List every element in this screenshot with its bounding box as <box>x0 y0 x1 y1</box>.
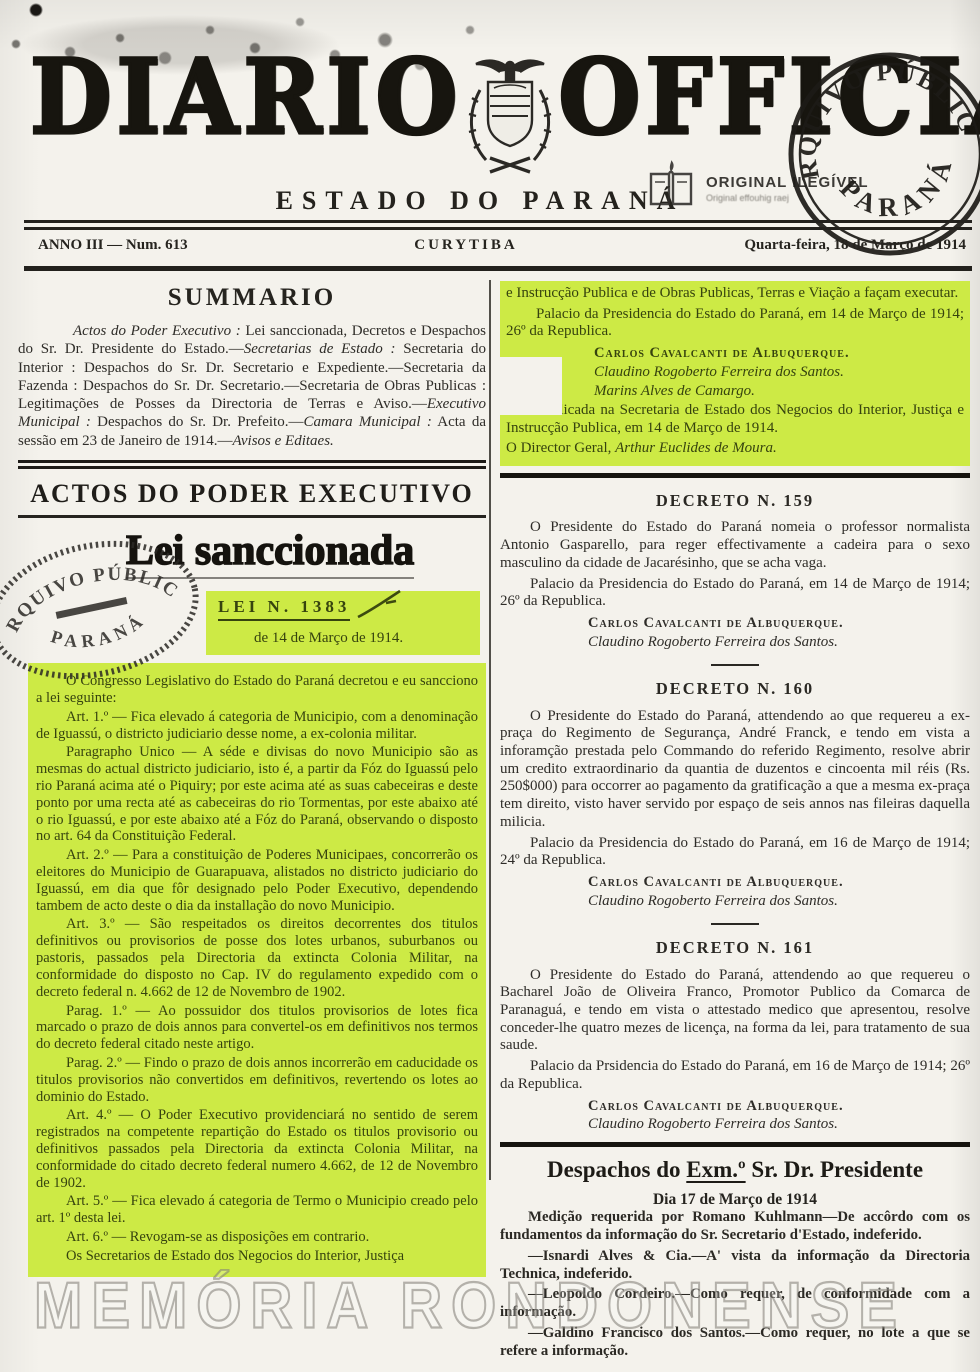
palace-line: Palacio da Presidencia do Estado do Para… <box>506 306 964 341</box>
despachos-date: Dia 17 de Março de 1914 <box>500 1191 970 1209</box>
open-book-icon <box>646 160 696 217</box>
law-body-highlighted: O Congresso Legislativo do Estado do Par… <box>28 663 486 1277</box>
law-paragraph: Art. 6.º — Revogam-se as disposições em … <box>36 1229 478 1246</box>
handwritten-checkmark-icon <box>356 589 402 624</box>
dateline: ANNO III — Num. 613 CURYTIBA Quarta-feir… <box>38 237 966 254</box>
summary-body: Actos do Poder Executivo : Lei sancciona… <box>18 322 486 450</box>
signature: Carlos Cavalcanti de Albuquerque. <box>588 873 970 892</box>
header-thick-rule <box>24 266 972 271</box>
decreto-divider <box>711 923 759 925</box>
law-number: LEI N. 1383 <box>218 597 350 621</box>
section-rule <box>500 473 970 478</box>
despacho-entry: —Leopoldo Cordeiro.—Como requer, de conf… <box>500 1286 970 1322</box>
decreto-159: DECRETO N. 159 O Presidente do Estado do… <box>500 491 970 652</box>
issue-date: Quarta-feira, 18 de Março de 1914 <box>744 237 966 254</box>
law-paragraph: Parag. 2.º — Findo o prazo de dois annos… <box>36 1055 478 1105</box>
law-paragraph: Os Secretarios de Estado dos Negocios do… <box>36 1248 478 1265</box>
law-continuation-highlighted: e Instrucção Publica e de Obras Publicas… <box>500 281 970 466</box>
city-name: CURYTIBA <box>414 237 517 254</box>
despacho-entry: Medição requerida por Romano Kuhlmann—De… <box>500 1209 970 1245</box>
law-paragraph: Art. 2.º — Para a constituição de Podere… <box>36 847 478 914</box>
decreto-body: O Presidente do Estado do Paraná, attend… <box>500 708 970 832</box>
palace-line: Palacio da Presidencia do Estado do Para… <box>500 576 970 611</box>
law-number-block: LEI N. 1383 de 14 de Março de 1914. <box>206 591 480 655</box>
highlight-gap <box>500 357 562 415</box>
summary-bottom-rule <box>18 460 486 469</box>
header-double-rule <box>24 220 972 230</box>
palace-line: Palacio da Prsidencia do Estado do Paran… <box>500 1058 970 1093</box>
masthead-title-left: DIARIO <box>30 46 462 149</box>
section-header-rule <box>18 515 486 518</box>
summary-title: SUMMARIO <box>18 284 486 312</box>
signature: Marins Alves de Camargo. <box>594 382 964 402</box>
signature: Carlos Cavalcanti de Albuquerque. <box>588 1097 970 1116</box>
signature: Carlos Cavalcanti de Albuquerque. <box>588 614 970 633</box>
parana-coat-of-arms-icon <box>462 54 558 193</box>
signatures: Carlos Cavalcanti de Albuquerque. Claudi… <box>594 344 964 402</box>
law-paragraph: Art. 5.º — Fica elevado á categoria de T… <box>36 1193 478 1227</box>
despacho-entry: —Galdino Francisco dos Santos.—Como requ… <box>500 1325 970 1361</box>
right-column: e Instrucção Publica e de Obras Publicas… <box>500 281 970 1360</box>
column-divider-rule <box>489 280 491 1180</box>
law-paragraph: Art. 3.º — São respeitados os direitos d… <box>36 916 478 1000</box>
publication-note: Publicada na Secretaria de Estado dos Ne… <box>506 402 964 437</box>
decreto-divider <box>711 664 759 666</box>
signatures: Carlos Cavalcanti de Albuquerque. Claudi… <box>588 1097 970 1135</box>
despachos-section: Despachos do Exm.º Sr. Dr. Presidente Di… <box>500 1156 970 1360</box>
law-continuation-text: e Instrucção Publica e de Obras Publicas… <box>506 285 964 303</box>
palace-line: Palacio da Presidencia do Estado do Para… <box>500 835 970 870</box>
law-paragraph: Paragrapho Unico — A séde e divisas do n… <box>36 744 478 845</box>
section-header: ACTOS DO PODER EXECUTIVO <box>18 479 486 509</box>
signature: Claudino Rogoberto Ferreira dos Santos. <box>588 892 970 912</box>
decreto-body: O Presidente do Estado do Paraná, attend… <box>500 967 970 1055</box>
signature: Claudino Rogoberto Ferreira dos Santos. <box>588 633 970 653</box>
decreto-title: DECRETO N. 159 <box>500 491 970 510</box>
director-line: O Director Geral, Arthur Euclides de Mou… <box>506 440 964 458</box>
left-column: SUMMARIO Actos do Poder Executivo : Lei … <box>18 282 486 1277</box>
edition-number: ANNO III — Num. 613 <box>38 237 188 254</box>
despacho-entry: —Isnardi Alves & Cia.—A' vista da inform… <box>500 1248 970 1284</box>
signatures: Carlos Cavalcanti de Albuquerque. Claudi… <box>588 873 970 911</box>
signature: Carlos Cavalcanti de Albuquerque. <box>594 344 964 363</box>
signature: Claudino Rogoberto Ferreira dos Santos. <box>588 1115 970 1135</box>
law-paragraph: Art. 1.º — Fica elevado á categoria de M… <box>36 709 478 743</box>
decreto-title: DECRETO N. 160 <box>500 679 970 698</box>
decreto-body: O Presidente do Estado do Paraná nomeia … <box>500 519 970 572</box>
despachos-header: Despachos do Exm.º Sr. Dr. Presidente <box>500 1156 970 1183</box>
signature: Claudino Rogoberto Ferreira dos Santos. <box>594 363 964 383</box>
newspaper-page: DIARIO OFFICIAL ESTADO DO P <box>0 0 980 1372</box>
signatures: Carlos Cavalcanti de Albuquerque. Claudi… <box>588 614 970 652</box>
law-date: de 14 de Março de 1914. <box>254 630 468 647</box>
section-rule <box>500 1142 970 1147</box>
decreto-160: DECRETO N. 160 O Presidente do Estado do… <box>500 679 970 911</box>
law-paragraph: Art. 4.º — O Poder Executivo providencia… <box>36 1107 478 1191</box>
decreto-title: DECRETO N. 161 <box>500 938 970 957</box>
law-paragraph: Parag. 1.º — Ao possuidor dos titulos pr… <box>36 1003 478 1053</box>
decreto-161: DECRETO N. 161 O Presidente do Estado do… <box>500 938 970 1135</box>
